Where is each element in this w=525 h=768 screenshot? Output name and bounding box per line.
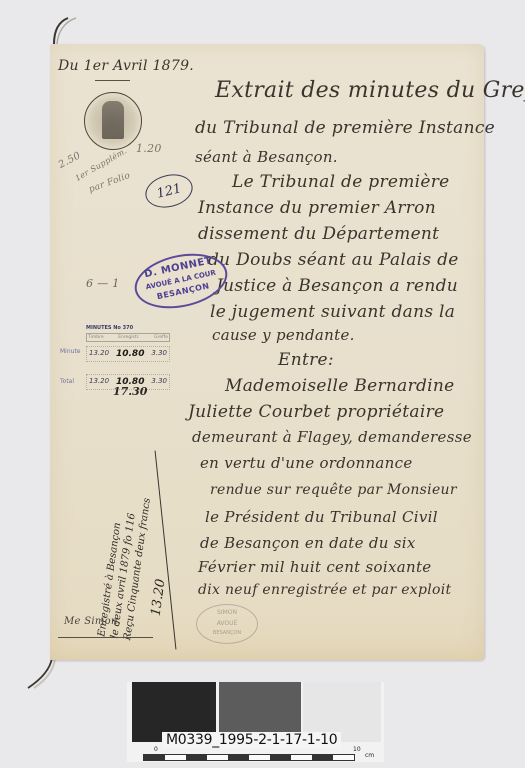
fee-table-columns: Timbre Enregistr. Greffe <box>86 333 170 342</box>
body-line-16: rendue sur requête par Monsieur <box>210 482 457 498</box>
body-line-15: en vertu d'une ordonnance <box>200 454 413 472</box>
seal-figure <box>102 101 124 139</box>
body-line-9: le jugement suivant dans la <box>210 302 455 322</box>
body-line-14: demeurant à Flagey, demanderesse <box>192 428 472 446</box>
fee-cell: 3.30 <box>151 349 167 359</box>
centimeter-ruler <box>143 754 355 761</box>
body-line-1: Extrait des minutes du Greffe <box>215 78 525 103</box>
date-underline <box>95 80 130 81</box>
body-line-7: du Doubs séant au Palais de <box>208 250 459 270</box>
case-number: 121 <box>155 181 183 202</box>
body-line-5: Instance du premier Arron <box>198 198 436 218</box>
color-calibration-strip: M0339_1995-2-1-17-1-10 0 10 cm <box>127 682 384 762</box>
body-line-13: Juliette Courbet propriétaire <box>188 402 444 422</box>
simon-attorney-stamp: SIMON AVOUÉ BESANÇON <box>196 604 258 644</box>
binding-string-top <box>48 14 88 46</box>
fee-col-1: Timbre <box>88 335 104 340</box>
ruler-unit-label: cm <box>365 752 374 759</box>
stamp-simon-title: AVOUÉ <box>197 620 257 627</box>
fee-cell: 10.80 <box>116 349 144 359</box>
margin-note-3: 1.20 <box>136 142 162 155</box>
ruler-start-label: 0 <box>154 746 158 753</box>
fee-table-row: 13.20 10.80 3.30 <box>86 346 170 362</box>
fee-side-label-1: Minute <box>60 348 81 355</box>
fee-cell: 3.30 <box>151 377 167 387</box>
body-line-8: Justice à Besançon a rendu <box>216 276 458 296</box>
fee-total: 17.30 <box>113 385 147 398</box>
body-line-12: Mademoiselle Bernardine <box>225 376 455 396</box>
body-line-19: Février mil huit cent soixante <box>198 558 431 576</box>
body-line-20: dix neuf enregistrée et par exploit <box>198 582 451 598</box>
fee-col-3: Greffe <box>154 335 168 340</box>
dash-note: 6 — 1 <box>86 277 120 290</box>
body-line-17: le Président du Tribunal Civil <box>205 508 438 526</box>
fee-col-2: Enregistr. <box>118 335 139 340</box>
signature-underline <box>58 637 153 638</box>
binding-string-bottom <box>24 656 64 692</box>
stamp-simon-city: BESANÇON <box>197 630 257 636</box>
body-line-2: du Tribunal de première Instance <box>195 118 495 138</box>
body-line-11: Entre: <box>278 350 334 370</box>
fee-table-header: MINUTES No 370 <box>86 325 170 331</box>
fee-cell: 13.20 <box>89 377 109 387</box>
archive-reference-label: M0339_1995-2-1-17-1-10 <box>162 732 341 748</box>
attorney-signature: Me Simon. <box>64 616 121 627</box>
body-line-4: Le Tribunal de première <box>232 172 450 192</box>
fee-cell: 13.20 <box>89 349 109 359</box>
fee-table: MINUTES No 370 Timbre Enregistr. Greffe … <box>86 325 170 390</box>
republique-francaise-seal-icon <box>84 92 142 150</box>
fee-side-label-2: Total <box>60 378 74 385</box>
body-line-18: de Besançon en date du six <box>200 534 416 552</box>
date-heading: Du 1er Avril 1879. <box>58 58 194 74</box>
body-line-6: dissement du Département <box>198 224 439 244</box>
stamp-simon-name: SIMON <box>197 609 257 616</box>
body-line-3: séant à Besançon. <box>195 148 338 166</box>
ruler-end-label: 10 <box>353 746 361 753</box>
body-line-10: cause y pendante. <box>212 326 355 344</box>
